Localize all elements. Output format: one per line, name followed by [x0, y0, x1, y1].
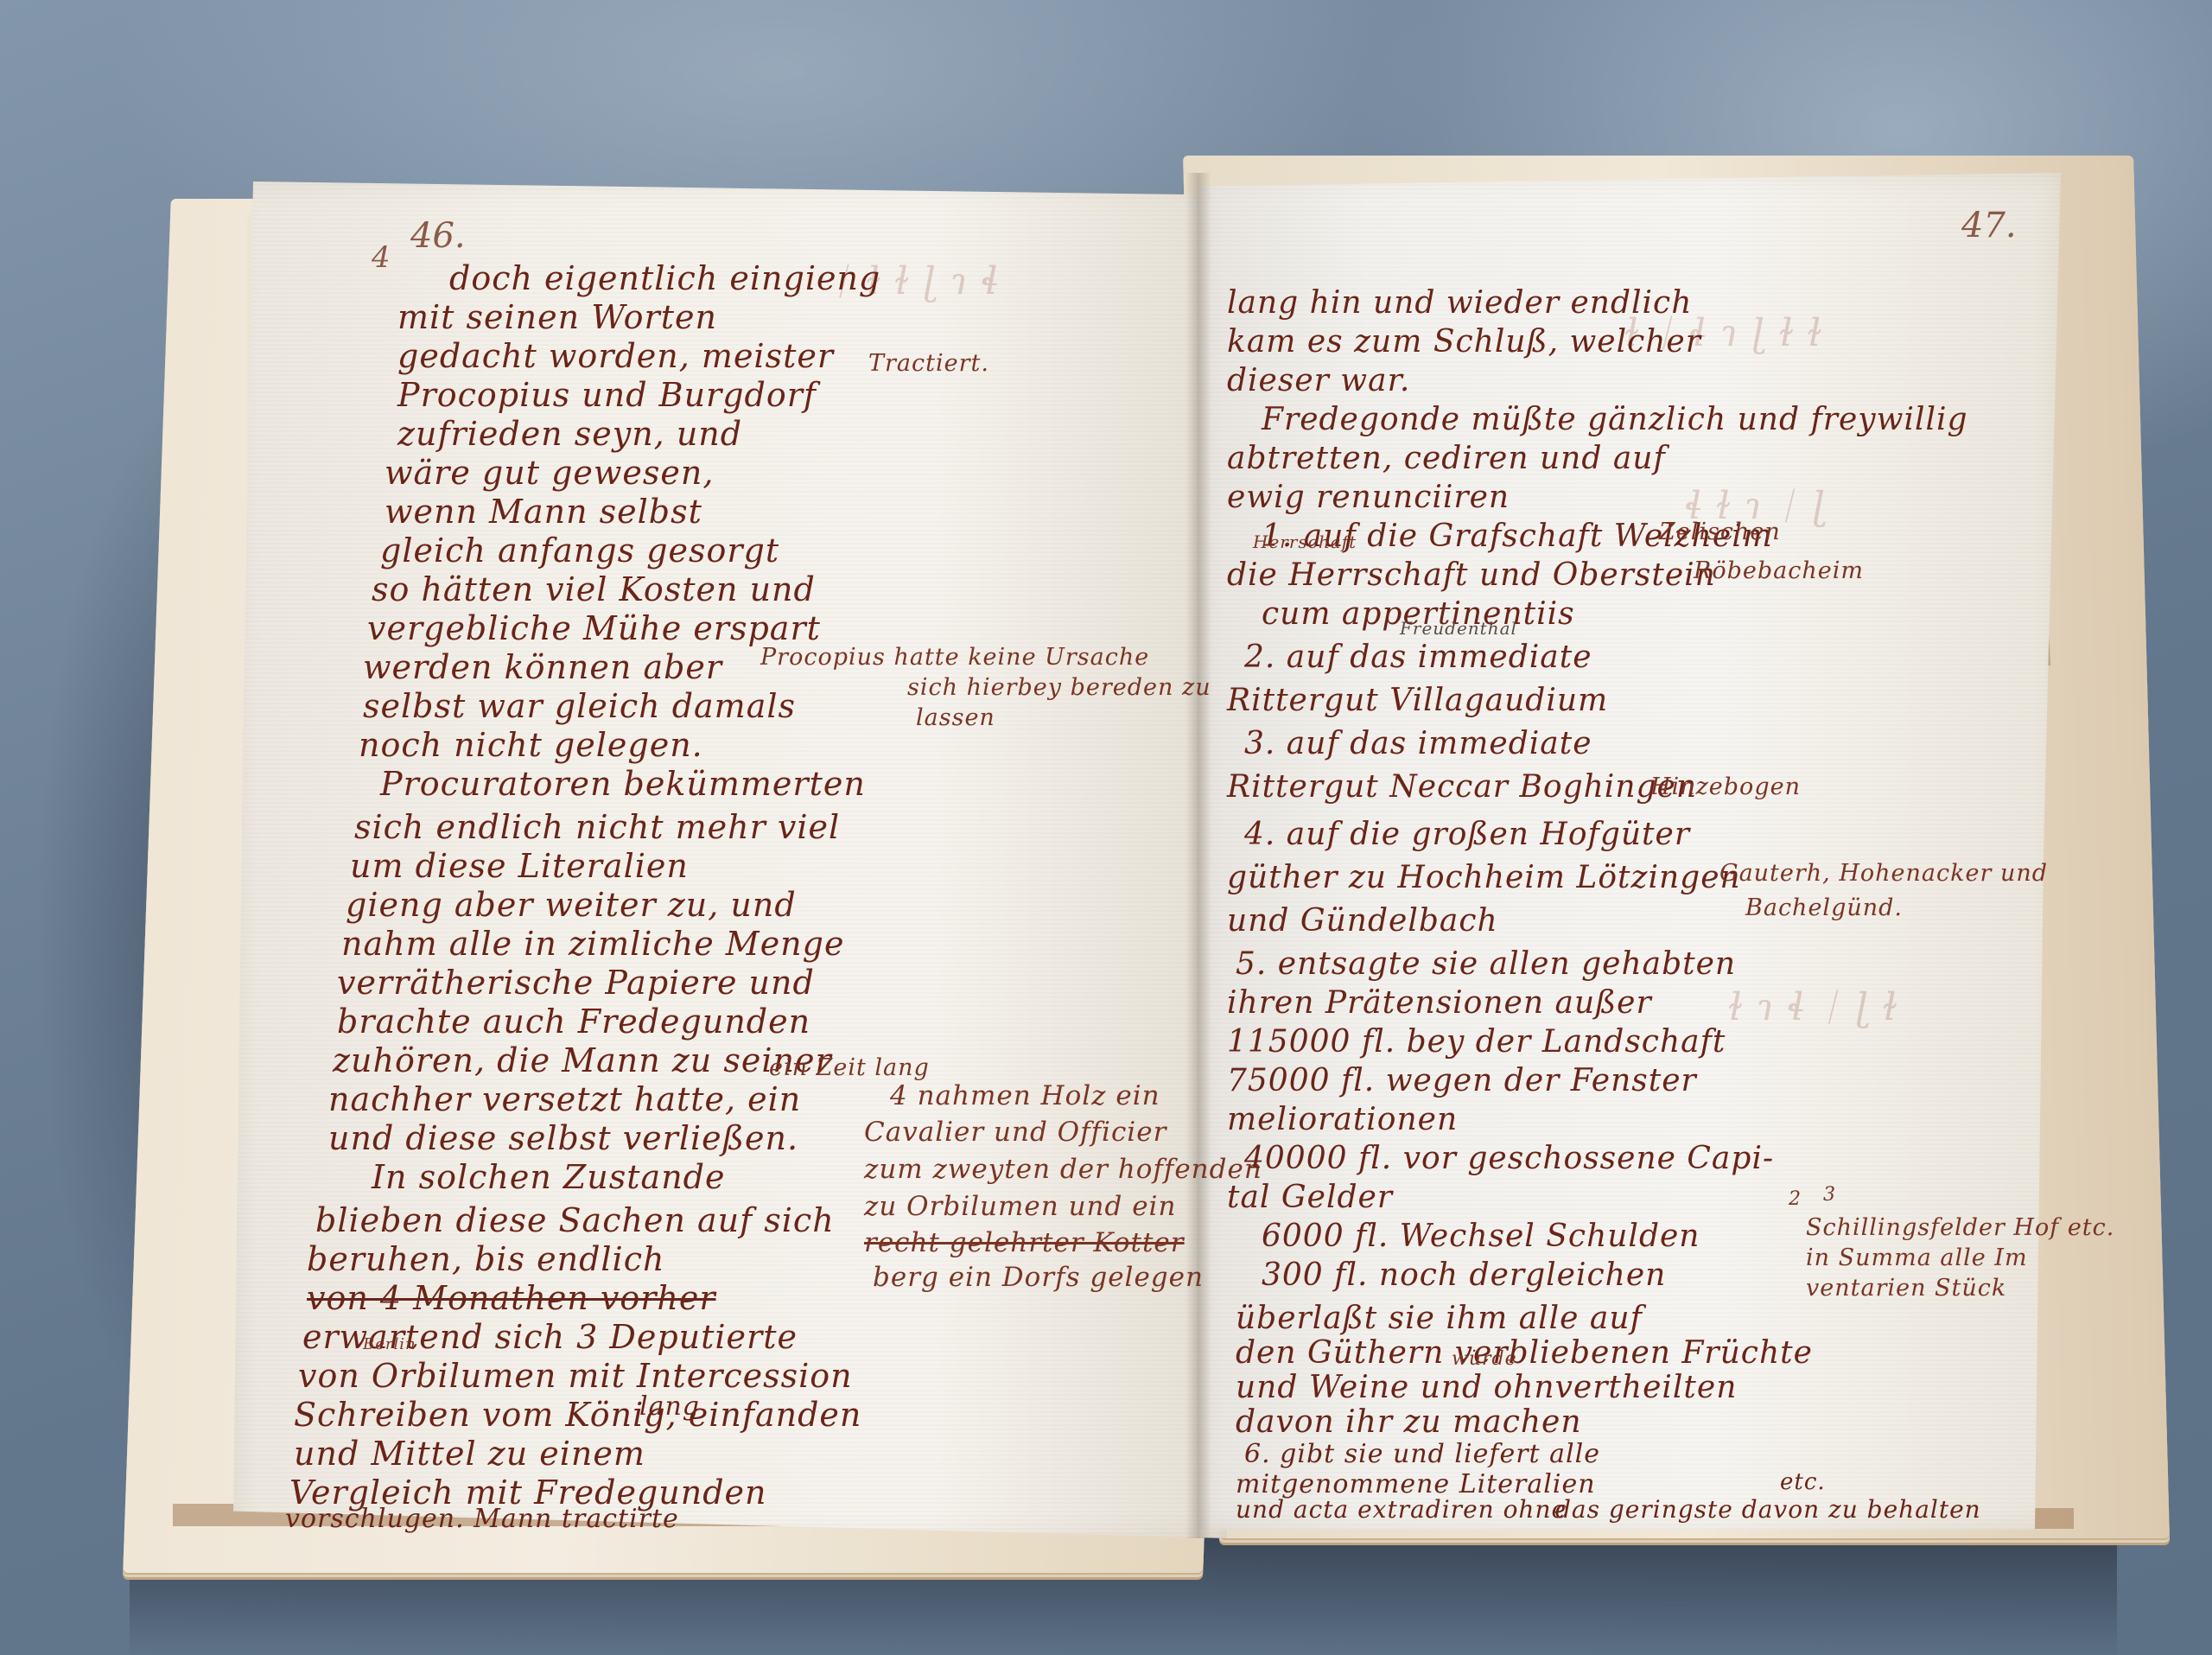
book-gutter [1185, 173, 1211, 1538]
manuscript-line: 75000 fl. wegen der Fenster [1227, 1063, 1697, 1098]
manuscript-line: 3. auf das immediate [1244, 726, 1592, 761]
manuscript-line: werden können aber [363, 648, 722, 686]
margin-note: Cavalier und Officier [864, 1117, 1166, 1148]
manuscript-line: um diese Literalien [350, 847, 689, 885]
manuscript-line: so hätten viel Kosten und [372, 570, 816, 608]
interlinear-note: 3 [1823, 1184, 1836, 1206]
manuscript-line: wäre gut gewesen, [385, 454, 714, 492]
interlinear-note: Freudenthal [1400, 618, 1517, 639]
manuscript-line: meliorationen [1227, 1102, 1458, 1137]
margin-note: Zelischen [1659, 519, 1781, 545]
margin-note: lassen [916, 704, 995, 731]
manuscript-line: mit seinen Worten [397, 298, 717, 336]
manuscript-line: und Mittel zu einem [294, 1435, 645, 1473]
manuscript-line: 5. entsagte sie allen gehabten [1236, 946, 1736, 982]
manuscript-line: wenn Mann selbst [385, 493, 702, 531]
margin-note: ventarien Stück [1806, 1275, 2006, 1302]
manuscript-line: 2. auf das immediate [1244, 640, 1592, 675]
manuscript-line: verrätherische Papiere und [337, 964, 815, 1002]
manuscript-line: zufrieden seyn, und [397, 415, 742, 453]
interlinear-note: würde [1452, 1348, 1517, 1370]
manuscript-line: tal Gelder [1227, 1180, 1393, 1215]
manuscript-line: güther zu Hochheim Lötzingen [1227, 860, 1741, 895]
manuscript-line: 115000 fl. bey der Landschaft [1227, 1024, 1726, 1060]
manuscript-line: vorschlugen. Mann tractirte [285, 1504, 679, 1534]
margin-note: Procopius hatte keine Ursache [760, 644, 1149, 671]
manuscript-line: noch nicht gelegen. [359, 726, 703, 764]
manuscript-line: das geringste davon zu behalten [1555, 1495, 1981, 1524]
manuscript-line: dieser war. [1227, 363, 1410, 398]
manuscript-line: Schreiben vom König, einfanden [294, 1396, 861, 1434]
margin-note: 4 nahmen Holz ein [890, 1080, 1160, 1111]
manuscript-line: sich endlich nicht mehr viel [354, 808, 840, 846]
manuscript-line: In solchen Zustande [372, 1158, 725, 1196]
manuscript-line: 6000 fl. Wechsel Schulden [1262, 1219, 1700, 1254]
manuscript-line: nahm alle in zimliche Menge [341, 925, 844, 963]
manuscript-line: von Orbilumen mit Intercession [298, 1357, 853, 1395]
manuscript-line: Fredegonde müßte gänzlich und freywillig [1262, 402, 1968, 437]
margin-note: Gauterh, Hohenacker und [1719, 860, 2048, 887]
manuscript-line: und acta extradiren ohne [1236, 1495, 1567, 1524]
manuscript-line: lang hin und wieder endlich [1227, 285, 1692, 321]
manuscript-line: Rittergut Neccar Boghingen [1227, 769, 1697, 805]
margin-note: Schillingsfelder Hof etc. [1806, 1214, 2114, 1241]
manuscript-line: etc. [1780, 1469, 1826, 1495]
margin-note: sich hierbey bereden zu [907, 674, 1211, 701]
interlinear-note: Berlin [363, 1335, 416, 1353]
margin-note: Röbebacheim [1694, 557, 1864, 584]
manuscript-line: doch eigentlich eingieng [449, 259, 880, 297]
manuscript-line: gieng aber weiter zu, und [346, 886, 797, 924]
manuscript-line: lang [639, 1391, 700, 1422]
margin-note: in Summa alle Im [1806, 1244, 2028, 1271]
manuscript-line: beruhen, bis endlich [307, 1240, 664, 1278]
manuscript-line: und Gündelbach [1227, 903, 1498, 939]
manuscript-line: gedacht worden, meister [397, 337, 834, 375]
margin-note: Tractiert. [868, 350, 989, 377]
margin-note: berg ein Dorfs gelegen [873, 1262, 1204, 1293]
manuscript-line: den Güthern verbliebenen Früchte [1236, 1335, 1813, 1371]
manuscript-line: ewig renunciiren [1227, 480, 1510, 515]
margin-note: zum zweyten der hoffenden [864, 1154, 1262, 1185]
margin-note: ein Zeit lang [769, 1054, 930, 1081]
manuscript-line: abtretten, cediren und auf [1227, 441, 1666, 476]
right-page-number: 47. [1961, 206, 2017, 245]
manuscript-line: kam es zum Schluß, welcher [1227, 324, 1701, 360]
manuscript-line: Procuratoren bekümmerten [380, 765, 866, 803]
interlinear-note: 2 [1789, 1188, 1802, 1210]
manuscript-line: gleich anfangs gesorgt [380, 532, 779, 570]
interlinear-note: Herrschaft [1253, 532, 1357, 552]
manuscript-line: vergebliche Mühe erspart [367, 609, 821, 647]
margin-note: Hinzebogen [1650, 773, 1801, 800]
manuscript-line: überlaßt sie ihm alle auf [1236, 1301, 1643, 1336]
manuscript-line: und Weine und ohnvertheilten [1236, 1370, 1737, 1405]
manuscript-line: die Herrschaft und Oberstein [1227, 557, 1716, 593]
manuscript-line: blieben diese Sachen auf sich [315, 1201, 835, 1239]
manuscript-line: 6. gibt sie und liefert alle [1244, 1439, 1600, 1469]
manuscript-line-struck: von 4 Monathen vorher [307, 1279, 716, 1317]
left-page-number: 46. [410, 216, 466, 256]
manuscript-line: 300 fl. noch dergleichen [1262, 1257, 1666, 1293]
manuscript-line: nachher versetzt hatte, ein [328, 1080, 801, 1118]
manuscript-line: 4. auf die großen Hofgüter [1244, 817, 1690, 852]
manuscript-line: und diese selbst verließen. [328, 1119, 798, 1157]
underlying-page-number: 4 [372, 240, 391, 275]
manuscript-line: zuhören, die Mann zu seiner [333, 1041, 832, 1079]
manuscript-line: ihren Prätensionen außer [1227, 985, 1652, 1021]
manuscript-line: Procopius und Burgdorf [397, 376, 817, 414]
manuscript-line: 40000 fl. vor geschossene Capi- [1244, 1141, 1774, 1176]
manuscript-line: davon ihr zu machen [1236, 1404, 1582, 1440]
manuscript-line: Rittergut Villagaudium [1227, 683, 1608, 718]
manuscript-line: selbst war gleich damals [363, 687, 796, 725]
margin-note-struck: recht gelehrter Kotter [864, 1227, 1185, 1258]
margin-note: zu Orbilumen und ein [864, 1191, 1176, 1222]
bleed-through-text: ɫ ɿ ɬ ᛁ ɭ ɫ [1728, 985, 1898, 1029]
manuscript-line: brachte auch Fredegunden [337, 1003, 810, 1041]
margin-note: Bachelgünd. [1745, 894, 1903, 921]
